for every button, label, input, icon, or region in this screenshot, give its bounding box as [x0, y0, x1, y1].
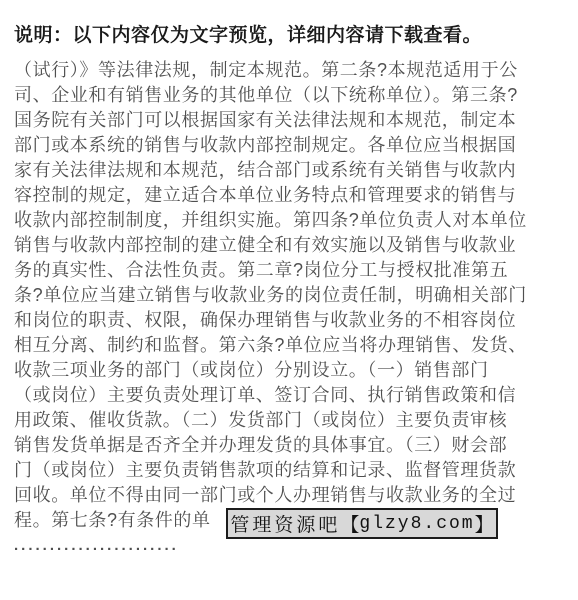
document-body: （试行）》等法律法规，制定本规范。第二条?本规范适用于公 司、企业和有销售业务的…	[14, 58, 570, 558]
body-line: 容控制的规定，建立适合本单位业务特点和管理要求的销售与	[14, 183, 570, 208]
body-line: 回收。单位不得由同一部门或个人办理销售与收款业务的全过	[14, 483, 570, 508]
body-line: 务的真实性、合法性负责。第二章?岗位分工与授权批准第五	[14, 258, 570, 283]
watermark-site-url: glzy8.com	[359, 514, 474, 534]
body-line: （或岗位）主要负责处理订单、签订合同、执行销售政策和信	[14, 383, 570, 408]
body-line: 收款三项业务的部门（或岗位）分别设立。（一）销售部门	[14, 358, 570, 383]
body-line: 门（或岗位）主要负责销售款项的结算和记录、监督管理货款	[14, 458, 570, 483]
document-preview-page: 说明：以下内容仅为文字预览，详细内容请下载查看。 （试行）》等法律法规，制定本规…	[0, 0, 578, 600]
body-line: 收款内部控制制度，并组织实施。第四条?单位负责人对本单位	[14, 208, 570, 233]
body-line: 销售发货单据是否齐全并办理发货的具体事宜。（三）财会部	[14, 433, 570, 458]
preview-notice: 说明：以下内容仅为文字预览，详细内容请下载查看。	[14, 20, 482, 47]
body-line: 部门或本系统的销售与收款内部控制规定。各单位应当根据国	[14, 133, 570, 158]
body-line: 国务院有关部门可以根据国家有关法律法规和本规范，制定本	[14, 108, 570, 133]
body-line: 家有关法律法规和本规范，结合部门或系统有关销售与收款内	[14, 158, 570, 183]
watermark-bracket-close: 】	[475, 510, 494, 537]
watermark-bracket-open: 【	[340, 510, 359, 537]
body-line: 条?单位应当建立销售与收款业务的岗位责任制，明确相关部门	[14, 283, 570, 308]
body-line: 和岗位的职责、权限，确保办理销售与收款业务的不相容岗位	[14, 308, 570, 333]
body-line: 销售与收款内部控制的建立健全和有效实施以及销售与收款业	[14, 233, 570, 258]
body-line: （试行）》等法律法规，制定本规范。第二条?本规范适用于公	[14, 58, 570, 83]
body-line: 相互分离、制约和监督。第六条?单位应当将办理销售、发货、	[14, 333, 570, 358]
body-line: 司、企业和有销售业务的其他单位（以下统称单位）。第三条?	[14, 83, 570, 108]
body-line: 用政策、催收货款。（二）发货部门（或岗位）主要负责审核	[14, 408, 570, 433]
watermark-site-name: 管理资源吧	[230, 510, 340, 537]
watermark-box: 管理资源吧【glzy8.com】	[226, 508, 498, 539]
